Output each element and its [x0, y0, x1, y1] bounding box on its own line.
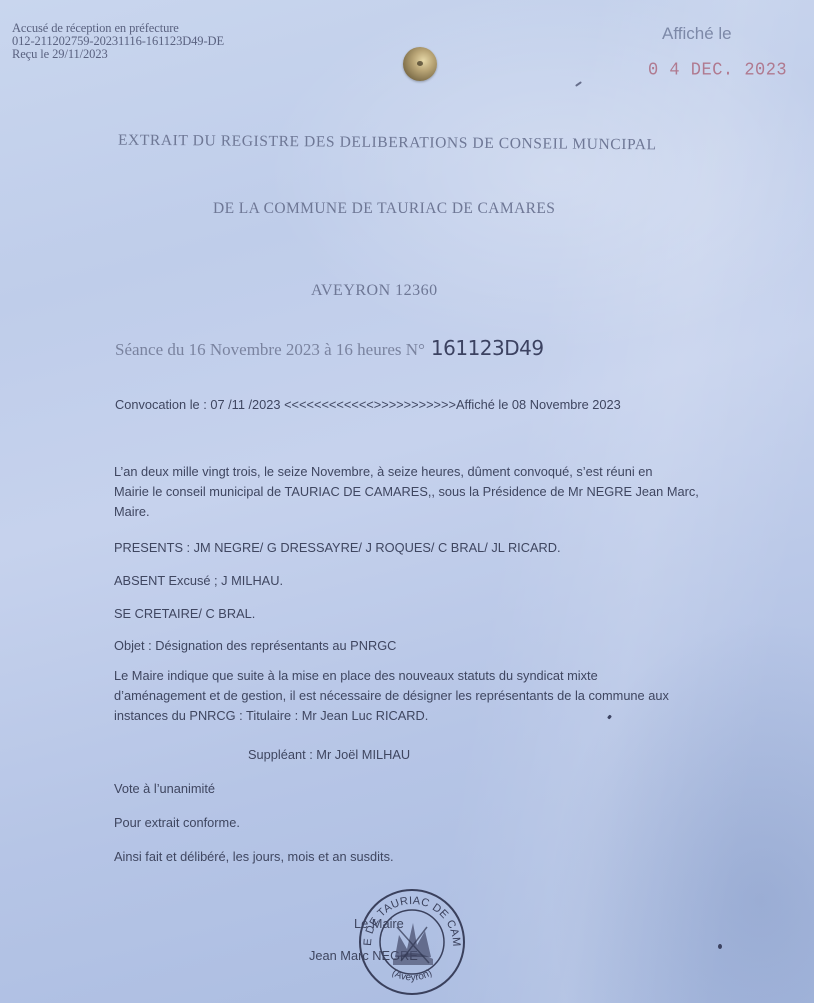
seal-text-bottom: (Aveyron) — [390, 968, 434, 984]
decision-line: Le Maire indique que suite à la mise en … — [114, 666, 669, 686]
secretary-line: SE CRETAIRE/ C BRAL. — [114, 606, 255, 621]
seance-line: Séance du 16 Novembre 2023 à 16 heures N… — [115, 336, 544, 360]
thumbtack-icon — [403, 47, 437, 81]
document-title-line-2: DE LA COMMUNE DE TAURIAC DE CAMARES — [213, 200, 555, 218]
ink-speck — [718, 944, 722, 949]
intro-line: L’an deux mille vingt trois, le seize No… — [114, 462, 699, 482]
vote-line: Vote à l’unanimité — [114, 781, 215, 796]
prefecture-receipt: Accusé de réception en préfecture 012-21… — [12, 22, 224, 61]
closing-line: Ainsi fait et délibéré, les jours, mois … — [114, 849, 394, 864]
display-stamp-label: Affiché le — [662, 24, 732, 44]
decision-line: d’aménagement et de gestion, il est néce… — [114, 686, 669, 706]
seance-text: Séance du 16 Novembre 2023 à 16 heures N… — [115, 340, 425, 359]
intro-line: Maire. — [114, 502, 699, 522]
svg-text:(Aveyron): (Aveyron) — [390, 968, 434, 984]
subject-line: Objet : Désignation des représentants au… — [114, 638, 396, 653]
ink-speck — [575, 81, 582, 87]
intro-line: Mairie le conseil municipal de TAURIAC D… — [114, 482, 699, 502]
official-seal-icon: MAIRIE DE TAURIAC DE CAMARES (Aveyron) — [357, 887, 467, 997]
intro-paragraph: L’an deux mille vingt trois, le seize No… — [114, 462, 699, 522]
decision-line: instances du PNRCG : Titulaire : Mr Jean… — [114, 706, 669, 726]
substitute-line: Suppléant : Mr Joël MILHAU — [248, 747, 410, 762]
presents-line: PRESENTS : JM NEGRE/ G DRESSAYRE/ J ROQU… — [114, 540, 561, 555]
absent-line: ABSENT Excusé ; J MILHAU. — [114, 573, 283, 588]
seance-number-handwritten: 161123D49 — [431, 336, 544, 360]
convocation-line: Convocation le : 07 /11 /2023 <<<<<<<<<<… — [115, 397, 621, 412]
conformity-line: Pour extrait conforme. — [114, 815, 240, 830]
display-stamp-date: 0 4 DEC. 2023 — [648, 60, 787, 81]
decision-paragraph: Le Maire indique que suite à la mise en … — [114, 666, 669, 726]
receipt-line-3: Reçu le 29/11/2023 — [12, 48, 224, 61]
document-title-line-3: AVEYRON 12360 — [311, 282, 438, 300]
document-title-line-1: EXTRAIT DU REGISTRE DES DELIBERATIONS DE… — [118, 132, 657, 155]
